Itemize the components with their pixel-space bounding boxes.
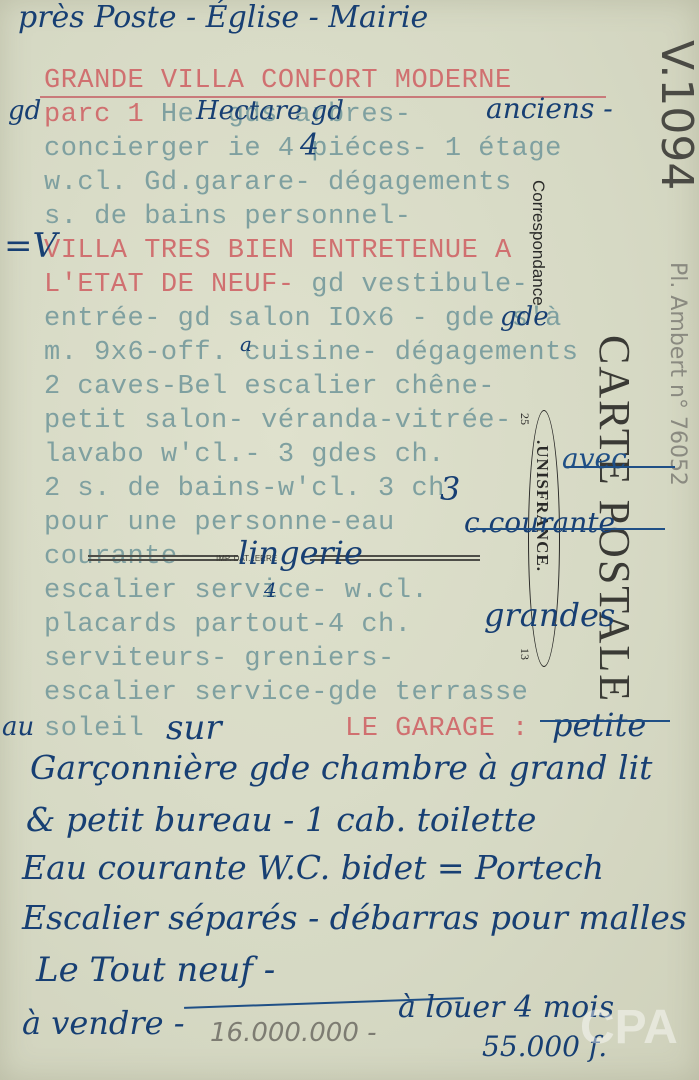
typed-line-caves: 2 caves-Bel escalier chêne-: [44, 370, 495, 404]
typed-line-soleil: soleil: [44, 712, 144, 746]
typed-line-placards: placards partout-4 ch.: [44, 608, 411, 642]
hand-au: au: [2, 712, 34, 742]
correspondance-label: Correspondance: [528, 180, 548, 306]
hand-office-a: a: [240, 332, 252, 356]
typed-line-courante: courante-: [44, 540, 194, 574]
hand-margin-mark: =V: [4, 226, 57, 266]
typed-line-lavabo: lavabo w'cl.- 3 gdes ch.: [44, 438, 445, 472]
hand-four-pieces: 4: [300, 128, 319, 163]
hand-line-bureau: & petit bureau - 1 cab. toilette: [26, 800, 536, 839]
hand-line-tout-neuf: Le Tout neuf -: [36, 950, 275, 990]
hand-sur: sur: [166, 708, 222, 748]
typed-line-wcl: w.cl. Gd.garare- dégagements: [44, 166, 512, 200]
typed-line-2-sdb: 2 s. de bains-w'cl. 3 ch: [44, 472, 445, 506]
typed-title-grande-villa: GRANDE VILLA CONFORT MODERNE: [44, 64, 512, 98]
typed-line-serviteurs: serviteurs- greniers-: [44, 642, 395, 676]
typed-line-petit-salon: petit salon- véranda-vitrée-: [44, 404, 512, 438]
pencil-price-sale: 16.000.000 -: [210, 1018, 377, 1048]
typed-le-garage: LE GARAGE :: [345, 712, 529, 746]
reference-number: V.1094: [651, 40, 699, 190]
typed-line-escalier-service: escalier service- w.cl.: [44, 574, 428, 608]
hand-margin-gd: gd: [8, 96, 41, 126]
badge-number-top: 25: [517, 413, 532, 425]
hand-lingerie: lingerie: [238, 534, 363, 572]
hand-hectare: Hectare gd: [196, 96, 344, 126]
hand-line-a-vendre: à vendre -: [22, 1004, 185, 1042]
hand-three-ch: 3: [440, 470, 460, 508]
hand-line-eau: Eau courante W.C. bidet = Portech: [22, 848, 604, 887]
hand-gde: gde: [500, 302, 549, 332]
hand-four-small: 4: [264, 578, 277, 602]
hand-eau-courante: c.courante: [464, 506, 615, 539]
hand-line-escalier: Escalier séparés - débarras pour malles: [22, 898, 687, 937]
cpa-watermark: CPA: [580, 1000, 678, 1055]
hand-petite: petite: [552, 706, 646, 744]
typed-line-etat-neuf: L'ETAT DE NEUF- gd vestibule-: [44, 268, 528, 302]
eau-courante-strike: [470, 528, 665, 530]
hand-anciens: anciens -: [486, 92, 613, 125]
hand-pres-poste: près Poste - Église - Mairie: [18, 0, 428, 35]
typed-line-terrasse: escalier service-gde terrasse: [44, 676, 528, 710]
badge-number-bottom: 13: [517, 648, 532, 660]
typed-title-villa-tres-bien: VILLA TRES BIEN ENTRETENUE A: [44, 234, 512, 268]
hand-grandes: grandes: [484, 596, 615, 634]
hand-line-garconniere: Garçonnière gde chambre à grand lit: [30, 748, 652, 787]
avec-strike: [565, 466, 675, 468]
typed-line-bains: s. de bains personnel-: [44, 200, 411, 234]
petite-strike: [540, 720, 670, 722]
typed-line-entree: entrée- gd salon IOx6 - gde s'à: [44, 302, 562, 336]
typed-line-office: m. 9x6-off. cuisine- dégagements: [44, 336, 578, 370]
postcard-back: GRANDE VILLA CONFORT MODERNE parc 1 He g…: [0, 0, 699, 1080]
pencil-vertical-ref: Pl. Ambert n° 76052: [665, 262, 690, 486]
hand-avec: avec: [562, 442, 627, 475]
